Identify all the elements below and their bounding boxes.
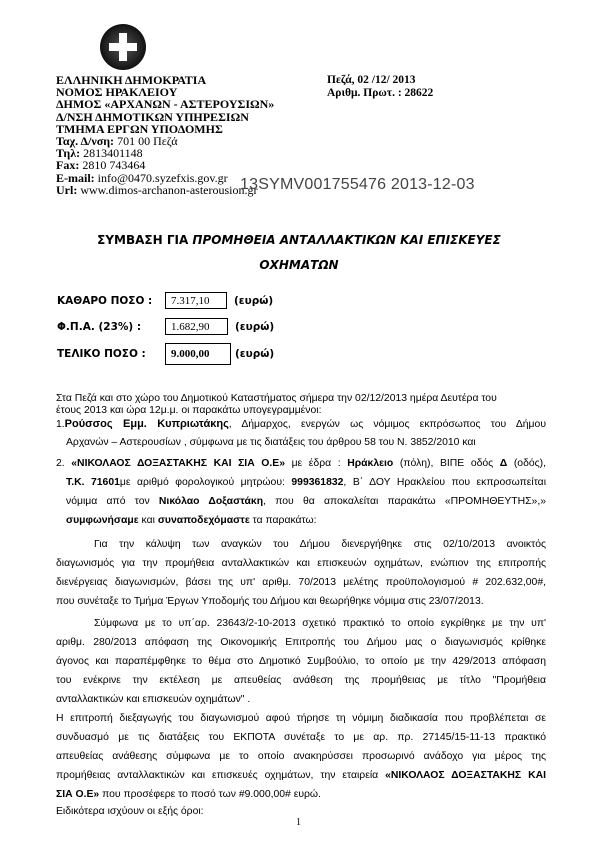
party-1: 1.Ρούσσος Εμμ. Κυπριωτάκης, Δήμαρχος, εν… [56, 417, 546, 432]
party-2: 2. «ΝΙΚΟΛΑΟΣ ΔΟΞΑΣΤΑΚΗΣ ΚΑΙ ΣΙΑ Ο.Ε» με … [56, 457, 546, 471]
paragraph-3-line: απευθείας ανάθεσης σύμφωνα με το οποίο α… [56, 750, 546, 764]
terms-intro: Ειδικότερα ισχύουν οι εξής όροι: [56, 805, 546, 819]
paragraph-2-line: ανταλλακτικών και επισκευών οχημάτων" . [56, 693, 546, 707]
net-amount-row: ΚΑΘΑΡΟ ΠΟΣΟ : 7.317,10 (ευρώ) [57, 292, 273, 309]
document-title-line2: ΟΧΗΜΑΤΩΝ [60, 258, 538, 272]
party-2-line3: νόμιμα από τον Νικόλαο Δοξαστάκη, που θα… [66, 495, 546, 509]
paragraph-2-line: Σύμφωνα με το υπ΄αρ. 23643/2-10-2013 σχε… [94, 617, 546, 631]
date-protocol-block: Πεζά, 02 /12/ 2013 Αριθμ. Πρωτ. : 28622 [327, 74, 433, 99]
document-title: ΣΥΜΒΑΣΗ ΓΙΑ ΠΡΟΜΗΘΕΙΑ ΑΝΤΑΛΛΑΚΤΙΚΩΝ ΚΑΙ … [60, 233, 538, 247]
party-1-line2: Αρχανών – Αστερουσίων , σύμφωνα με τις δ… [66, 436, 556, 450]
paragraph-2-line: του ενέκρινε την εκτέλεση με απευθείας α… [56, 674, 546, 688]
page-number: 1 [296, 817, 301, 828]
header-line: ΔΗΜΟΣ «ΑΡΧΑΝΩΝ - ΑΣΤΕΡΟΥΣΙΩΝ» [56, 98, 274, 110]
place-date: Πεζά, 02 /12/ 2013 [327, 74, 433, 87]
greek-emblem-icon [100, 24, 146, 70]
paragraph-3-line: προμήθειας ανταλλακτικών και επισκευές ο… [56, 769, 546, 783]
agreement-line: συμφωνήσαμε και συναποδεχόμαστε τα παρακ… [66, 514, 556, 528]
vat-amount-row: Φ.Π.Α. (23%) : 1.682,90 (ευρώ) [57, 318, 274, 335]
total-amount-value: 9.000,00 [165, 343, 231, 365]
paragraph-3-line: ΣΙΑ Ο.Ε» που προσέφερε το ποσό των #9.00… [56, 788, 546, 802]
intro-line: έτους 2013 και ώρα 12μ.μ. οι παρακάτω υπ… [56, 404, 546, 418]
vat-amount-value: 1.682,90 [165, 318, 228, 335]
party-2-line2: Τ.Κ. 71601με αριθμό φορολογικού μητρώου:… [66, 476, 546, 490]
paragraph-1-line: διαγωνισμός για την προμήθεια ανταλλακτι… [56, 557, 546, 571]
paragraph-2-line: αριθμ. 280/2013 απόφαση της Οικονομικής … [56, 636, 546, 650]
paragraph-3-line: συνδυασμό με τις διατάξεις του ΕΚΠΟΤΑ συ… [56, 731, 546, 745]
paragraph-3-line: Η επιτροπή διεξαγωγής του διαγωνισμού αφ… [56, 712, 546, 726]
protocol-number: Αριθμ. Πρωτ. : 28622 [327, 87, 433, 100]
paragraph-1-line: που συνέταξε το Τμήμα Έργων Υποδομής του… [56, 595, 546, 609]
paragraph-1-line: διενέργειας διαγωνισμών, βάσει της υπ' α… [56, 576, 546, 590]
ada-stamp: 13SYMV001755476 2013-12-03 [240, 176, 475, 194]
net-amount-value: 7.317,10 [165, 292, 227, 309]
paragraph-2-line: άγονος και παραπέμφθηκε το θέμα στο Δημο… [56, 655, 546, 669]
paragraph-1-line: Για την κάλυψη των αναγκών του Δήμου διε… [94, 538, 546, 552]
header-line: Δ/ΝΣΗ ΔΗΜΟΤΙΚΩΝ ΥΠΗΡΕΣΙΩΝ [56, 111, 274, 123]
total-amount-row: ΤΕΛΙΚΟ ΠΟΣΟ : 9.000,00 (ευρώ) [57, 343, 274, 365]
